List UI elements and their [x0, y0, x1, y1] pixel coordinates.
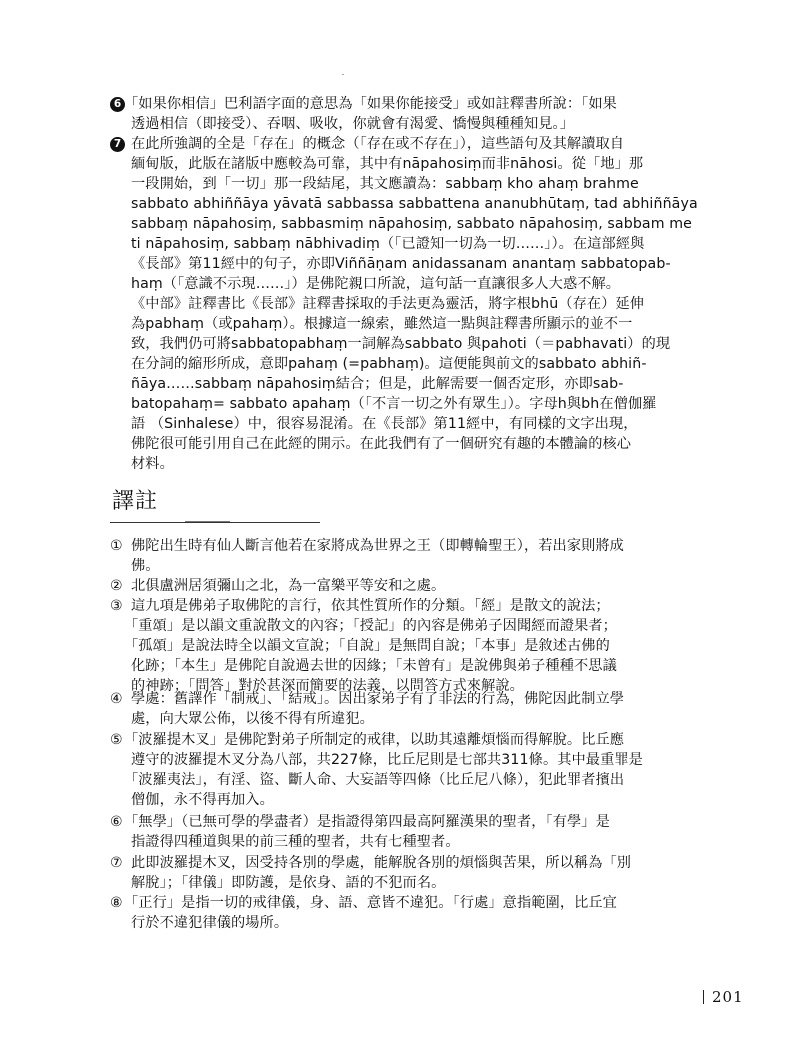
- note-marker-4: ④: [110, 689, 123, 709]
- endnote-6-line-1: 「如果你相信」巴利語字面的意思為「如果你能接受」或如註釋書所說：「如果: [124, 94, 617, 114]
- endnote-7-line-14: batopahaṃ= sabbato apahaṃ（「不言一切之外有眾生」）。字…: [131, 394, 657, 414]
- note-marker-5: ⑤: [110, 730, 123, 750]
- endnote-7-line-12: 在分詞的縮形所成，意即pahaṃ (=pabhaṃ)。這便能與前文的sabbat…: [131, 354, 647, 374]
- note-marker-6: ⑥: [110, 812, 123, 832]
- note-marker-7: ⑦: [110, 853, 123, 873]
- scan-speck: [342, 74, 344, 75]
- note-5-line-2: 遵守的波羅提木叉分為八部，共227條，比丘尼則是七部共311條。其中最重罪是: [131, 750, 643, 770]
- note-marker-2: ②: [110, 576, 123, 596]
- note-4-line-2: 處，向大眾公佈，以後不得有所違犯。: [131, 709, 374, 729]
- endnote-7-line-17: 材料。: [131, 454, 174, 474]
- endnote-7-line-16: 佛陀很可能引用自己在此經的開示。在此我們有了一個研究有趣的本體論的核心: [131, 434, 631, 454]
- endnote-7-line-3: 一段開始，到「一切」那一段結尾，其文應讀為：sabbaṃ kho ahaṃ br…: [131, 174, 639, 194]
- book-page: 6 「如果你相信」巴利語字面的意思為「如果你能接受」或如註釋書所說：「如果 透過…: [0, 0, 792, 1056]
- note-3-line-3: 「孤頌」是說法時全以韻文宣說；「自說」是無問自說；「本事」是敘述古佛的: [124, 636, 610, 656]
- endnote-7-line-15: 語 （Sinhalese）中，很容易混淆。在《長部》第11經中，有同樣的文字出現…: [131, 414, 638, 434]
- endnote-marker-7: 7: [110, 137, 125, 152]
- note-5-line-1: 「波羅提木叉」是佛陀對弟子所制定的戒律，以助其遠離煩惱而得解脫。比丘應: [124, 730, 624, 750]
- endnote-7-line-4: sabbato abhiññāya yāvatā sabbassa sabbat…: [131, 194, 698, 214]
- endnote-marker-6: 6: [110, 97, 125, 112]
- endnote-6-line-2: 透過相信（即接受）、吞咽、吸收，你就會有渴愛、憍慢與種種知見。」: [131, 114, 574, 134]
- endnote-7-line-1: 在此所強調的全是「存在」的概念（「存在或不存在」），這些語句及其解讀取自: [131, 134, 624, 154]
- note-7-line-2: 解脫」；「律儀」即防護，是依身、語的不犯而名。: [131, 873, 445, 893]
- endnote-7-line-9: 《中部》註釋書比《長部》註釋書採取的手法更為靈活，將字根bhū（存在）延伸: [131, 294, 644, 314]
- note-marker-1: ①: [110, 536, 123, 556]
- page-number-text: 201: [712, 988, 744, 1006]
- endnote-7-line-6: ti nāpahosiṃ, sabbaṃ nābhivadiṃ（「已證知一切為一…: [131, 234, 644, 254]
- endnote-7-line-8: haṃ（「意識不示現……」）是佛陀親口所說，這句話一直讓很多人大惑不解。: [131, 274, 620, 294]
- note-3-line-4: 化跡；「本生」是佛陀自說過去世的因緣；「未曾有」是說佛與弟子種種不思議: [131, 656, 617, 676]
- section-divider: [110, 522, 320, 523]
- note-1-line-2: 佛。: [131, 556, 160, 576]
- note-8-line-2: 行於不違犯律儀的場所。: [131, 913, 288, 933]
- page-number: 201: [703, 988, 744, 1006]
- endnote-7-line-7: 《長部》第11經中的句子，亦即Viññāṇam anidassanam anan…: [131, 254, 671, 274]
- note-6-line-1: 「無學」（已無可學的學盡者）是指證得第四最高阿羅漢果的聖者，「有學」是: [124, 812, 610, 832]
- endnote-7-line-10: 為pabhaṃ（或pahaṃ）。根據這一線索，雖然這一點與註釋書所顯示的並不一: [131, 314, 632, 334]
- note-3-line-1: 這九項是佛弟子取佛陀的言行，依其性質所作的分類。「經」是散文的說法；: [131, 596, 610, 616]
- note-3-line-2: 「重頌」是以韻文重說散文的內容；「授記」的內容是佛弟子因聞經而證果者；: [124, 616, 617, 636]
- endnote-7-line-13: ñāya……sabbaṃ nāpahosiṃ結合；但是，此解需要一個否定形，亦即…: [131, 374, 623, 394]
- endnote-7-line-11: 致，我們仍可將sabbatopabhaṃ一詞解為sabbato 與pahoti（…: [131, 334, 670, 354]
- note-2-line-1: 北俱盧洲居須彌山之北，為一富樂平等安和之處。: [131, 576, 445, 596]
- note-1-line-1: 佛陀出生時有仙人斷言他若在家將成為世界之王（即轉輪聖王），若出家則將成: [131, 536, 624, 556]
- note-marker-3: ③: [110, 596, 123, 616]
- note-6-line-2: 指證得四種道與果的前三種的聖者，共有七種聖者。: [131, 832, 460, 852]
- note-5-line-3: 「波羅夷法」，有淫、盜、斷人命、大妄語等四條（比丘尼八條），犯此罪者擯出: [124, 770, 624, 790]
- note-8-line-1: 「正行」是指一切的戒律儀，身、語、意皆不違犯。「行處」意指範圍，比丘宜: [124, 893, 617, 913]
- endnote-7-line-2: 緬甸版，此版在諸版中應較為可靠，其中有nāpahosiṃ而非nāhosi。從「地…: [131, 154, 643, 174]
- note-5-line-4: 僧伽，永不得再加入。: [131, 790, 274, 810]
- note-4-line-1: 學處：舊譯作「制戒」、「結戒」。因出家弟子有了非法的行為，佛陀因此制立學: [131, 689, 624, 709]
- note-7-line-1: 此即波羅提木叉，因受持各別的學處，能解脫各別的煩惱與苦果，所以稱為「別: [131, 853, 631, 873]
- section-divider-accent: [185, 521, 230, 522]
- endnote-7-line-5: sabbaṃ nāpahosiṃ, sabbasmiṃ nāpahosiṃ, s…: [131, 214, 692, 234]
- folio-divider: [703, 990, 704, 1004]
- note-marker-8: ⑧: [110, 893, 123, 913]
- section-heading: 譯註: [112, 484, 158, 515]
